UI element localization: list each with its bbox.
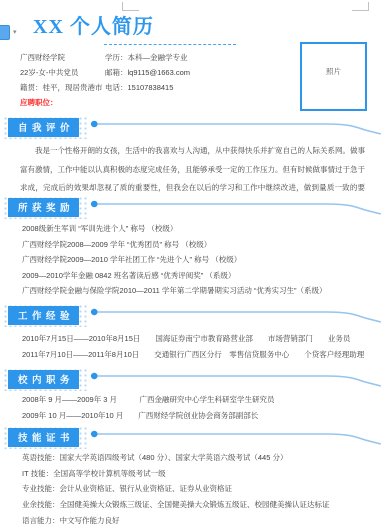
decorative-swoosh-line — [89, 306, 383, 324]
list-item: 2011年7月10日——2011年8月10日 交通银行广西区分行 零售信贷服务中… — [22, 347, 383, 363]
section-banner-dots: 工作经验 — [3, 304, 87, 327]
page-margin-mark-right — [352, 2, 369, 11]
list-item: 业余技能：全国健美操大众锻炼三级证、全国健美操大众锻炼五级证、校园健美操认证达标… — [22, 497, 383, 513]
list-item: 专业技能：会计从业资格证、银行从业资格证、证券从业资格证 — [22, 481, 383, 497]
profile-school: 广西财经学院 — [20, 52, 105, 67]
photo-placeholder: 照片 — [300, 42, 367, 111]
section-header: 工作经验 — [0, 305, 383, 325]
section-banner-dots: 技能证书 — [3, 426, 87, 449]
profile-age-gender: 22岁-女-中共党员 — [20, 67, 105, 82]
list-item: 英语技能：国家大学英语四级考试（480 分）、国家大学英语六级考试（445 分） — [22, 450, 383, 466]
profile-hometown: 籍贯：桂平，现居贵港市 — [20, 82, 105, 97]
section-campus-positions: 校内职务 2008年 9 月——2009年 3 月 广西金融研究中心学生科研室学… — [0, 369, 383, 424]
profile-info: 广西财经学院 学历：本科—金融学专业 22岁-女-中共党员 邮箱：lq9115@… — [20, 52, 290, 97]
profile-email: 邮箱：lq9115@1663.com — [105, 67, 290, 82]
applying-position-label: 应聘职位： — [20, 97, 58, 108]
section-banner-dots: 自我评价 — [3, 116, 87, 139]
list-item: 2008级新生军训 “军训先进个人” 称号 （校级） — [22, 221, 383, 237]
section-header: 自我评价 — [0, 117, 383, 137]
decorative-swoosh-line — [89, 118, 383, 136]
section-header: 技能证书 — [0, 427, 383, 447]
profile-education: 学历：本科—金融学专业 — [105, 52, 290, 67]
section-heading-campus-positions: 校内职务 — [8, 370, 79, 389]
list-item: 广西财经学院2008—2009 学年 “优秀团员” 称号 （校级） — [22, 237, 383, 253]
list-item: 2009—2010学年金融 0842 班名著读后感 “优秀评阅奖” （系级） — [22, 268, 383, 284]
list-item: 广西财经学院金融与保险学院2010—2011 学年第二学期暑期实习活动 “优秀实… — [22, 283, 383, 299]
section-header: 校内职务 — [0, 369, 383, 389]
decorative-swoosh-line — [89, 198, 383, 216]
section-work-experience: 工作经验 2010年7月15日——2010年8月15日 国海证券南宁市教育路营业… — [0, 305, 383, 363]
section-banner-dots: 校内职务 — [3, 368, 87, 391]
section-banner-dots: 所获奖励 — [3, 196, 87, 219]
section-heading-work-experience: 工作经验 — [8, 306, 79, 325]
work-experience-list: 2010年7月15日——2010年8月15日 国海证券南宁市教育路营业部 市场营… — [22, 331, 383, 363]
chevron-down-icon[interactable]: ▾ — [13, 26, 17, 39]
list-item: 2008年 9 月——2009年 3 月 广西金融研究中心学生科研室学生研究员 — [22, 392, 383, 408]
decorative-swoosh-line — [89, 428, 383, 446]
section-heading-awards: 所获奖励 — [8, 198, 79, 217]
paste-options-button[interactable]: ▾ — [0, 25, 17, 40]
skills-list: 英语技能：国家大学英语四级考试（480 分）、国家大学英语六级考试（445 分）… — [22, 450, 383, 524]
section-heading-skills-certificates: 技能证书 — [8, 428, 79, 447]
list-item: 广西财经学院2009—2010 学年社团工作 “先进个人” 称号 （校级） — [22, 252, 383, 268]
profile-phone: 电话：15107838415 — [105, 82, 290, 97]
list-item: IT 技能：全国高等学校计算机等级考试一级 — [22, 466, 383, 482]
awards-list: 2008级新生军训 “军训先进个人” 称号 （校级） 广西财经学院2008—20… — [22, 221, 383, 299]
resume-page: ▾ XX 个人简历 广西财经学院 学历：本科—金融学专业 22岁-女-中共党员 … — [0, 0, 383, 524]
page-title: XX 个人简历 — [33, 10, 154, 39]
photo-label: 照片 — [326, 66, 341, 77]
campus-positions-list: 2008年 9 月——2009年 3 月 广西金融研究中心学生科研室学生研究员 … — [22, 392, 383, 424]
section-skills-certificates: 技能证书 英语技能：国家大学英语四级考试（480 分）、国家大学英语六级考试（4… — [0, 427, 383, 524]
list-item: 语言能力：中文写作能力良好 — [22, 513, 383, 524]
section-header: 所获奖励 — [0, 197, 383, 217]
decorative-swoosh-line — [89, 370, 383, 388]
section-heading-self-evaluation: 自我评价 — [8, 118, 79, 137]
title-dashed-line — [104, 44, 236, 45]
list-item: 2010年7月15日——2010年8月15日 国海证券南宁市教育路营业部 市场营… — [22, 331, 383, 347]
list-item: 2009年 10 月——2010年10 月 广西财经学院创业协会商务部副部长 — [22, 408, 383, 424]
section-awards: 所获奖励 2008级新生军训 “军训先进个人” 称号 （校级） 广西财经学院20… — [0, 197, 383, 299]
paste-options-icon[interactable] — [0, 25, 10, 40]
